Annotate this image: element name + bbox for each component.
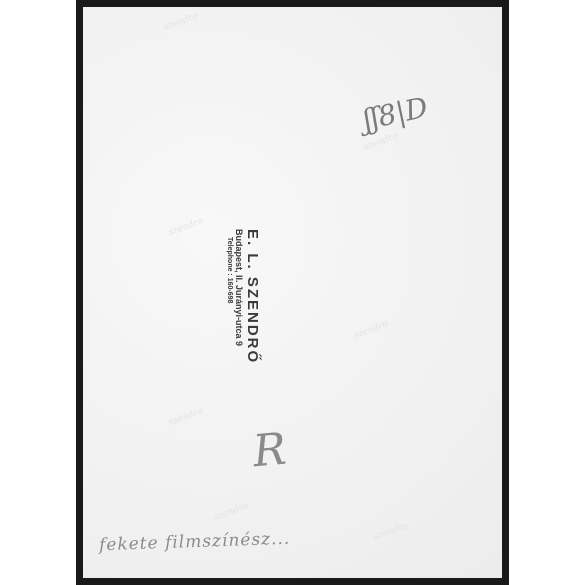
stamp-address: Budapest, II. Jurányi-utca 9 [233, 229, 243, 364]
watermark: szendro [212, 501, 249, 523]
watermark: szendro [162, 11, 199, 33]
stamp-telephone: Telephone : 160-698 [225, 229, 233, 364]
watermark: szendro [352, 319, 389, 341]
stamp-name: E. L. SZENDRŐ [244, 229, 261, 364]
handwritten-caption: fekete filmszínész... [99, 529, 291, 556]
watermark: szendro [167, 406, 204, 428]
watermark: szendro [372, 521, 409, 543]
photo-frame: szendro szendro szendro szendro szendro … [76, 0, 509, 585]
handwritten-mark: R [251, 424, 288, 478]
watermark: szendro [167, 216, 204, 238]
handwritten-reference-number: ʃʃ8|D [360, 91, 430, 137]
photographer-stamp: E. L. SZENDRŐ Budapest, II. Jurányi-utca… [225, 229, 261, 364]
photo-back-paper: szendro szendro szendro szendro szendro … [83, 7, 502, 578]
